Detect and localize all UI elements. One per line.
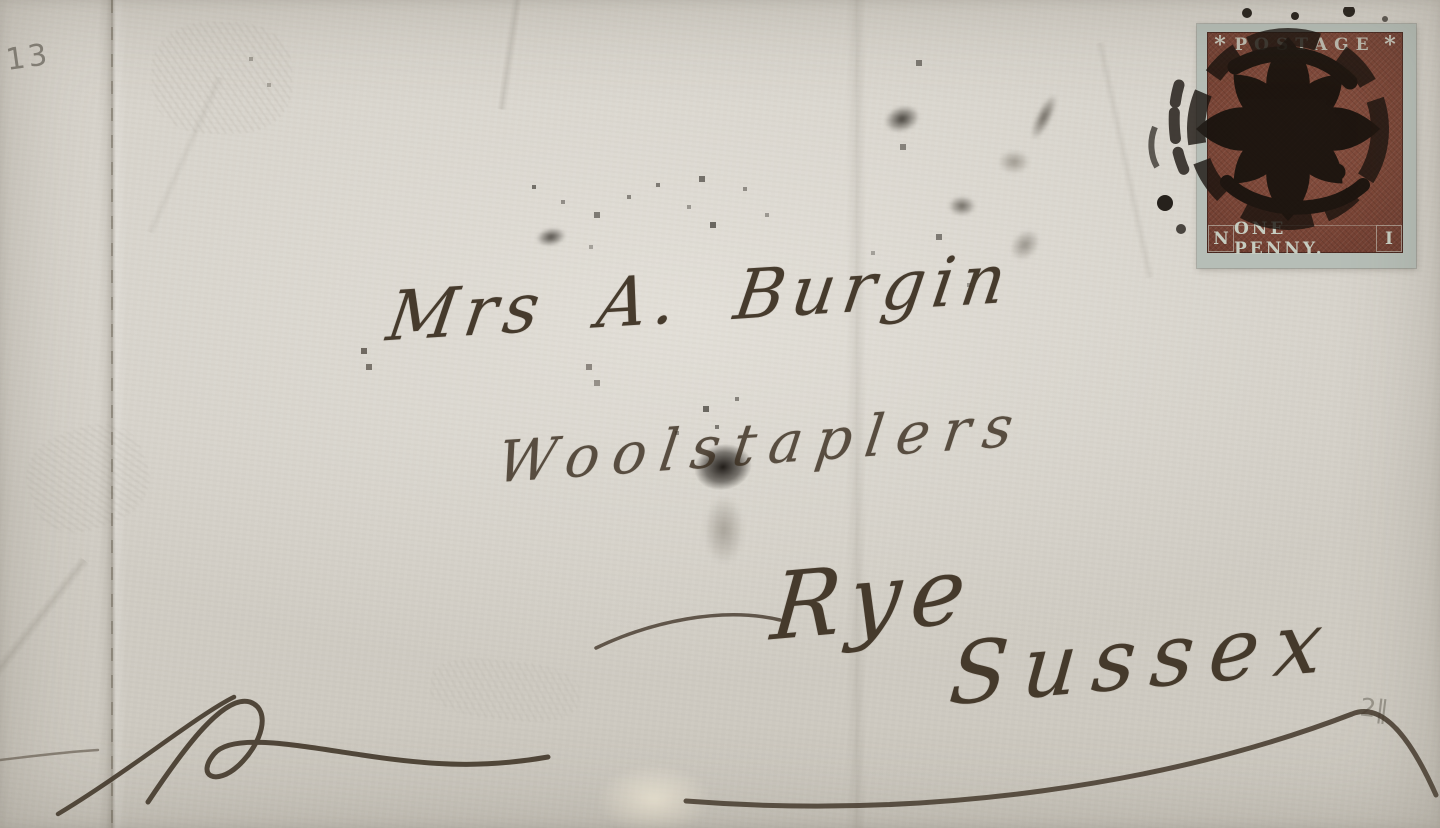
scan-vignette xyxy=(0,0,1440,828)
postal-cover-scan: 13 2‖ Mrs A. Burgin Woolstaplers Rye Sus… xyxy=(0,0,1440,828)
